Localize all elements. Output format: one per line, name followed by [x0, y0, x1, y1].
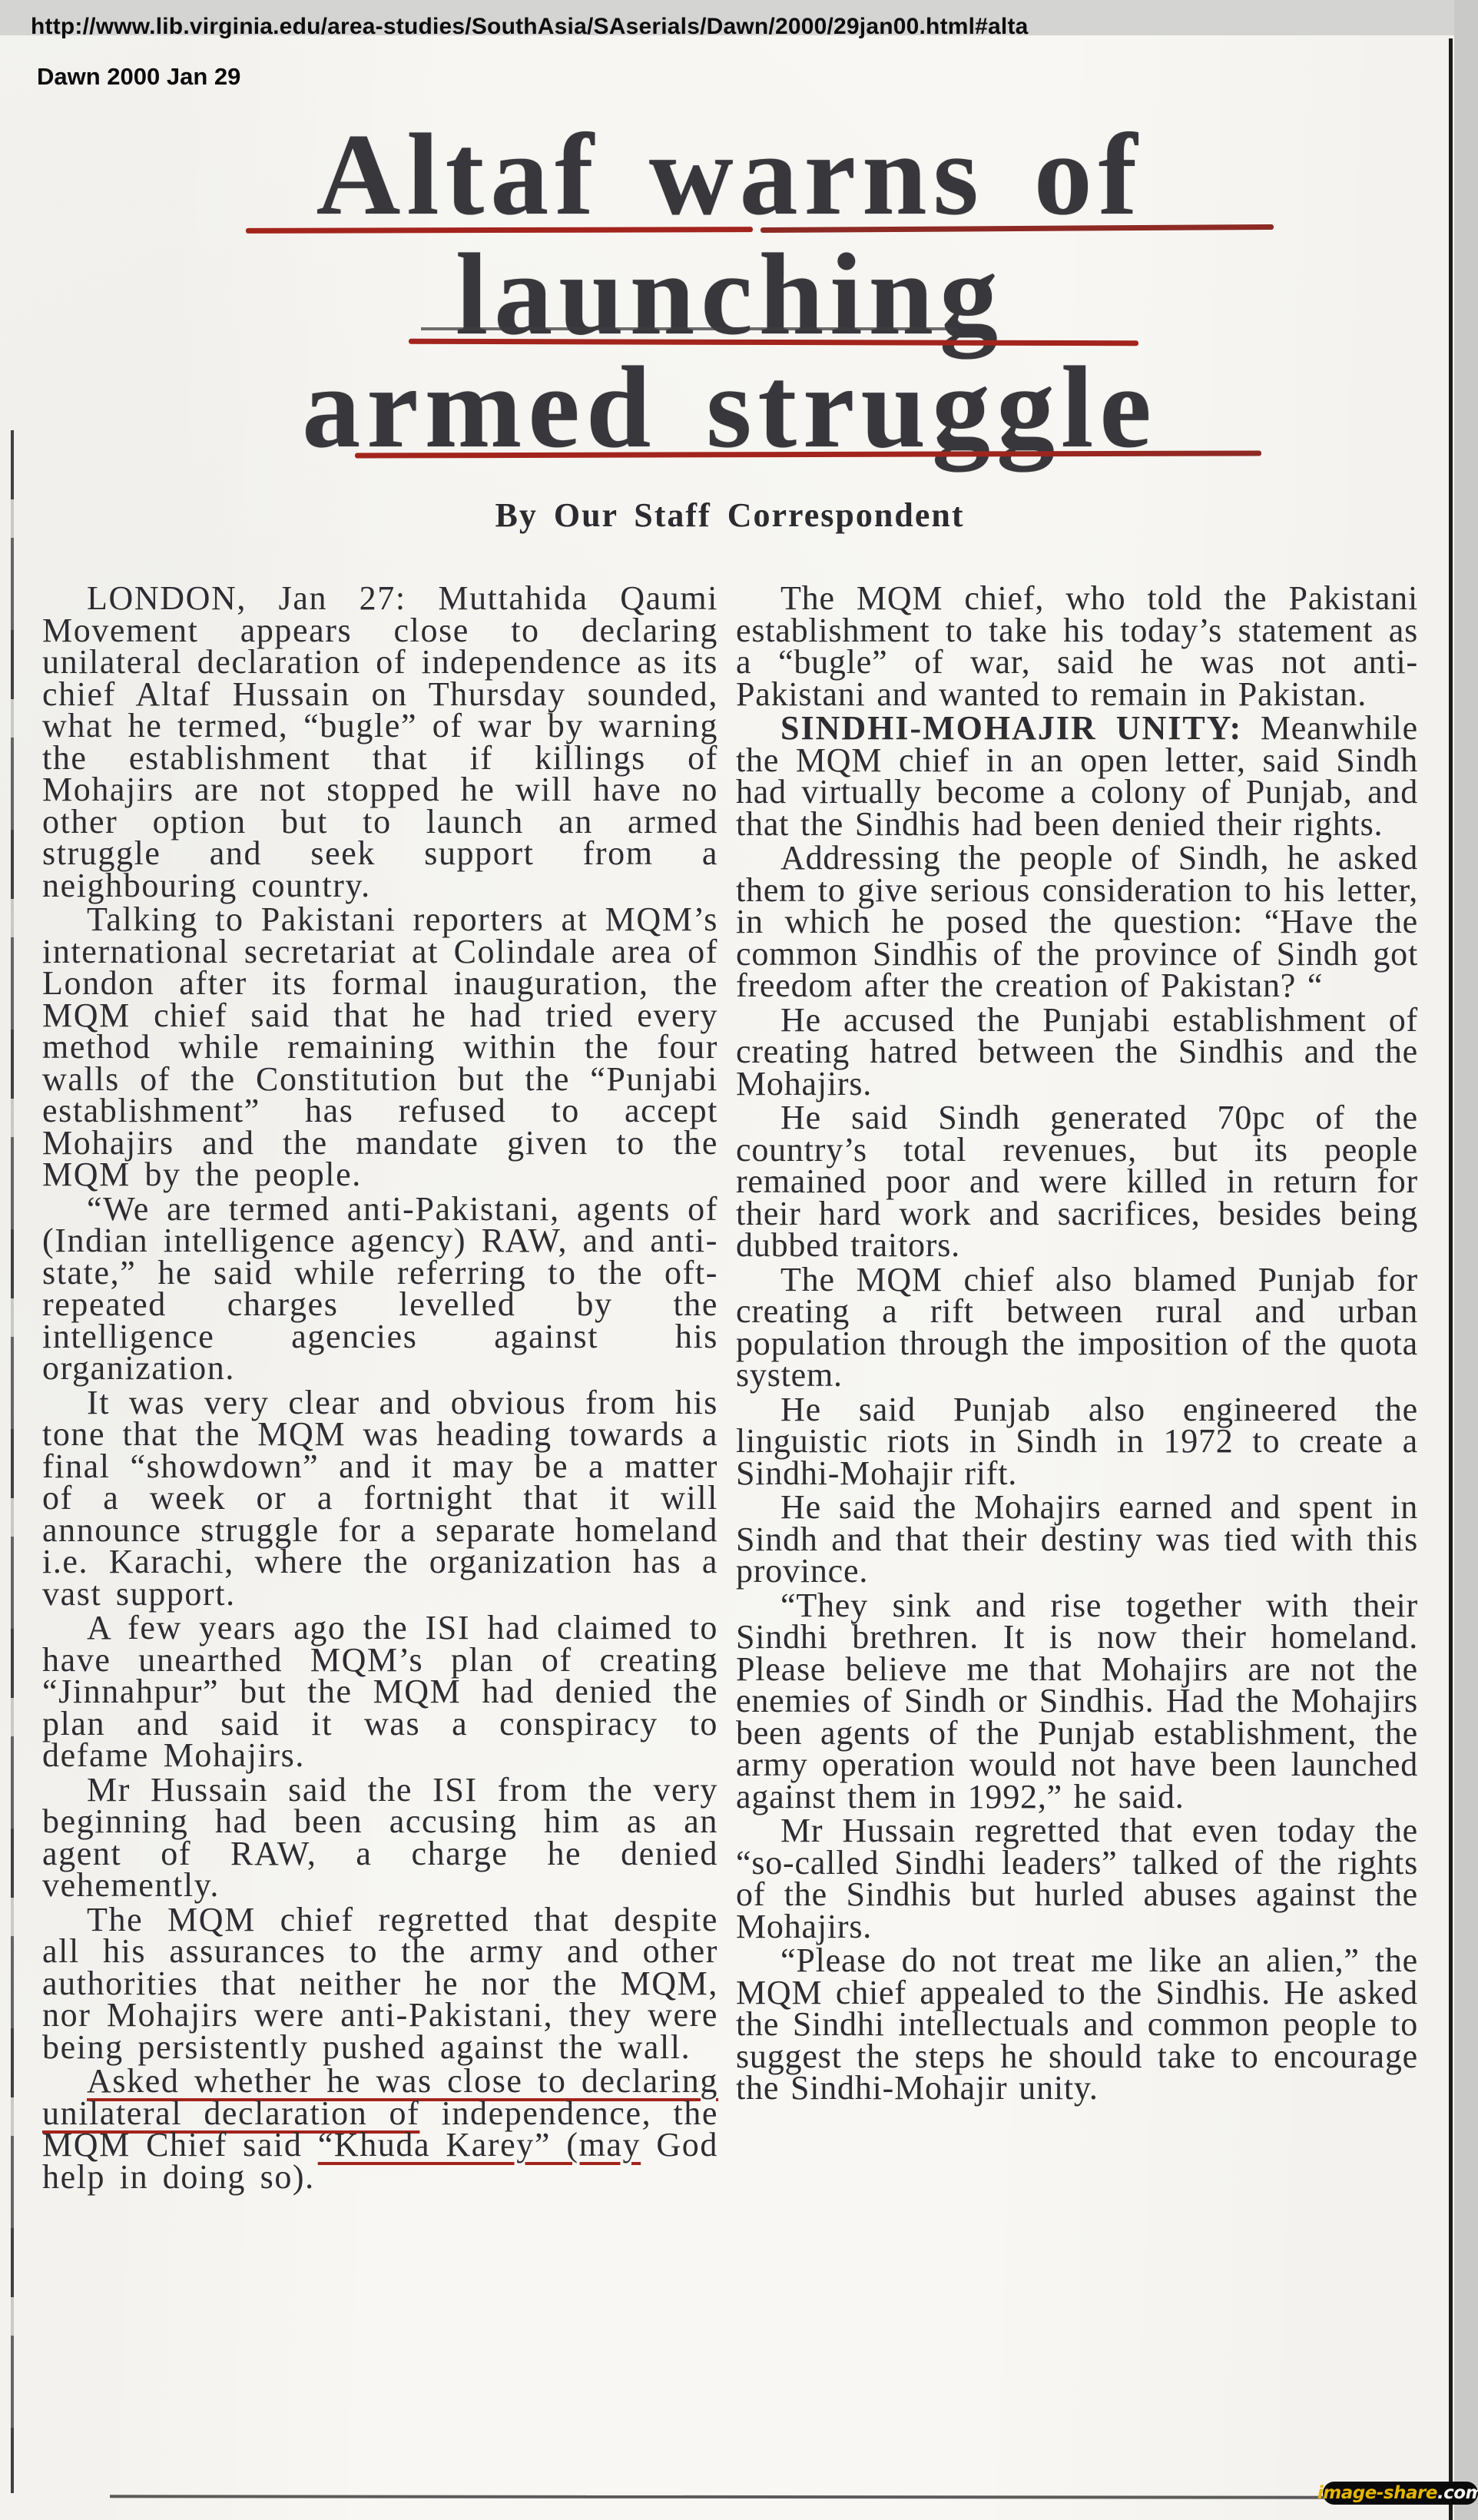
- text-segment: “They sink and rise together with their …: [736, 1587, 1418, 1815]
- text-segment: Addressing the people of Sindh, he asked…: [736, 839, 1418, 1004]
- paragraph: Mr Hussain said the ISI from the very be…: [42, 1774, 718, 1902]
- paragraph: The MQM chief also blamed Punjab for cre…: [736, 1264, 1418, 1391]
- text-segment: It was very clear and obvious from his t…: [42, 1384, 718, 1613]
- paragraph: Asked whether he was close to declaring …: [42, 2065, 718, 2193]
- scanned-newspaper-page: { "page": { "url": "http://www.lib.virgi…: [0, 0, 1478, 2520]
- article-column-left: LONDON, Jan 27: Muttahida Qaumi Movement…: [42, 582, 718, 2195]
- text-segment: He said Sindh generated 70pc of the coun…: [736, 1099, 1418, 1264]
- paragraph: Mr Hussain regretted that even today the…: [736, 1815, 1418, 1942]
- browser-print-url: http://www.lib.virginia.edu/area-studies…: [31, 14, 876, 40]
- image-share-watermark: image-share.com: [1323, 2482, 1478, 2505]
- headline-black-rule: [421, 327, 959, 330]
- paragraph: “They sink and rise together with their …: [736, 1590, 1418, 1813]
- headline-line-3: armed struggle: [115, 350, 1344, 465]
- paragraph: He said Punjab also engineered the lingu…: [736, 1394, 1418, 1490]
- paragraph: He said the Mohajirs earned and spent in…: [736, 1491, 1418, 1587]
- scan-fold-line-left: [11, 430, 14, 2493]
- text-segment: He accused the Punjabi establishment of …: [736, 1001, 1418, 1102]
- paragraph: Addressing the people of Sindh, he asked…: [736, 842, 1418, 1002]
- paragraph: It was very clear and obvious from his t…: [42, 1387, 718, 1610]
- text-segment: Talking to Pakistani reporters at MQM’s …: [42, 900, 718, 1193]
- paragraph: The MQM chief, who told the Pakistani es…: [736, 582, 1418, 710]
- headline-line-2: launching: [115, 237, 1344, 352]
- paragraph: “We are termed anti-Pakistani, agents of…: [42, 1193, 718, 1384]
- article-column-right: The MQM chief, who told the Pakistani es…: [736, 582, 1418, 2107]
- text-segment: “We are termed anti-Pakistani, agents of…: [42, 1190, 718, 1388]
- byline: By Our Staff Correspondent: [115, 496, 1344, 535]
- headline-line-1: Altaf warns of: [115, 117, 1344, 232]
- watermark-tld: .com: [1437, 2483, 1478, 2503]
- paragraph: LONDON, Jan 27: Muttahida Qaumi Movement…: [42, 582, 718, 901]
- text-segment: The MQM chief also blamed Punjab for cre…: [736, 1261, 1418, 1394]
- text-segment: A few years ago the ISI had claimed to h…: [42, 1609, 718, 1774]
- text-segment: The MQM chief regretted that despite all…: [42, 1901, 718, 2066]
- dateline: Dawn 2000 Jan 29: [37, 63, 240, 91]
- text-segment: He said the Mohajirs earned and spent in…: [736, 1488, 1418, 1590]
- paragraph: He said Sindh generated 70pc of the coun…: [736, 1102, 1418, 1262]
- text-segment: He said Punjab also engineered the lingu…: [736, 1391, 1418, 1492]
- text-segment: The MQM chief, who told the Pakistani es…: [736, 579, 1418, 713]
- paragraph: Talking to Pakistani reporters at MQM’s …: [42, 904, 718, 1191]
- paragraph: The MQM chief regretted that despite all…: [42, 1904, 718, 2064]
- paragraph: SINDHI-MOHAJIR UNITY: Meanwhile the MQM …: [736, 712, 1418, 840]
- text-segment: Mr Hussain regretted that even today the…: [736, 1812, 1418, 1945]
- paragraph: He accused the Punjabi establishment of …: [736, 1004, 1418, 1100]
- text-segment: Mr Hussain said the ISI from the very be…: [42, 1771, 718, 1905]
- text-segment: LONDON, Jan 27: Muttahida Qaumi Movement…: [42, 579, 718, 904]
- scan-edge-line-right: [1449, 38, 1453, 2520]
- paragraph: A few years ago the ISI had claimed to h…: [42, 1612, 718, 1772]
- scanner-right-band: [1454, 0, 1478, 2520]
- text-segment: “Khuda Karey” (may: [318, 2126, 641, 2164]
- watermark-name: image-share: [1317, 2483, 1437, 2503]
- text-segment: “Please do not treat me like an alien,” …: [736, 1941, 1418, 2107]
- paragraph: “Please do not treat me like an alien,” …: [736, 1945, 1418, 2104]
